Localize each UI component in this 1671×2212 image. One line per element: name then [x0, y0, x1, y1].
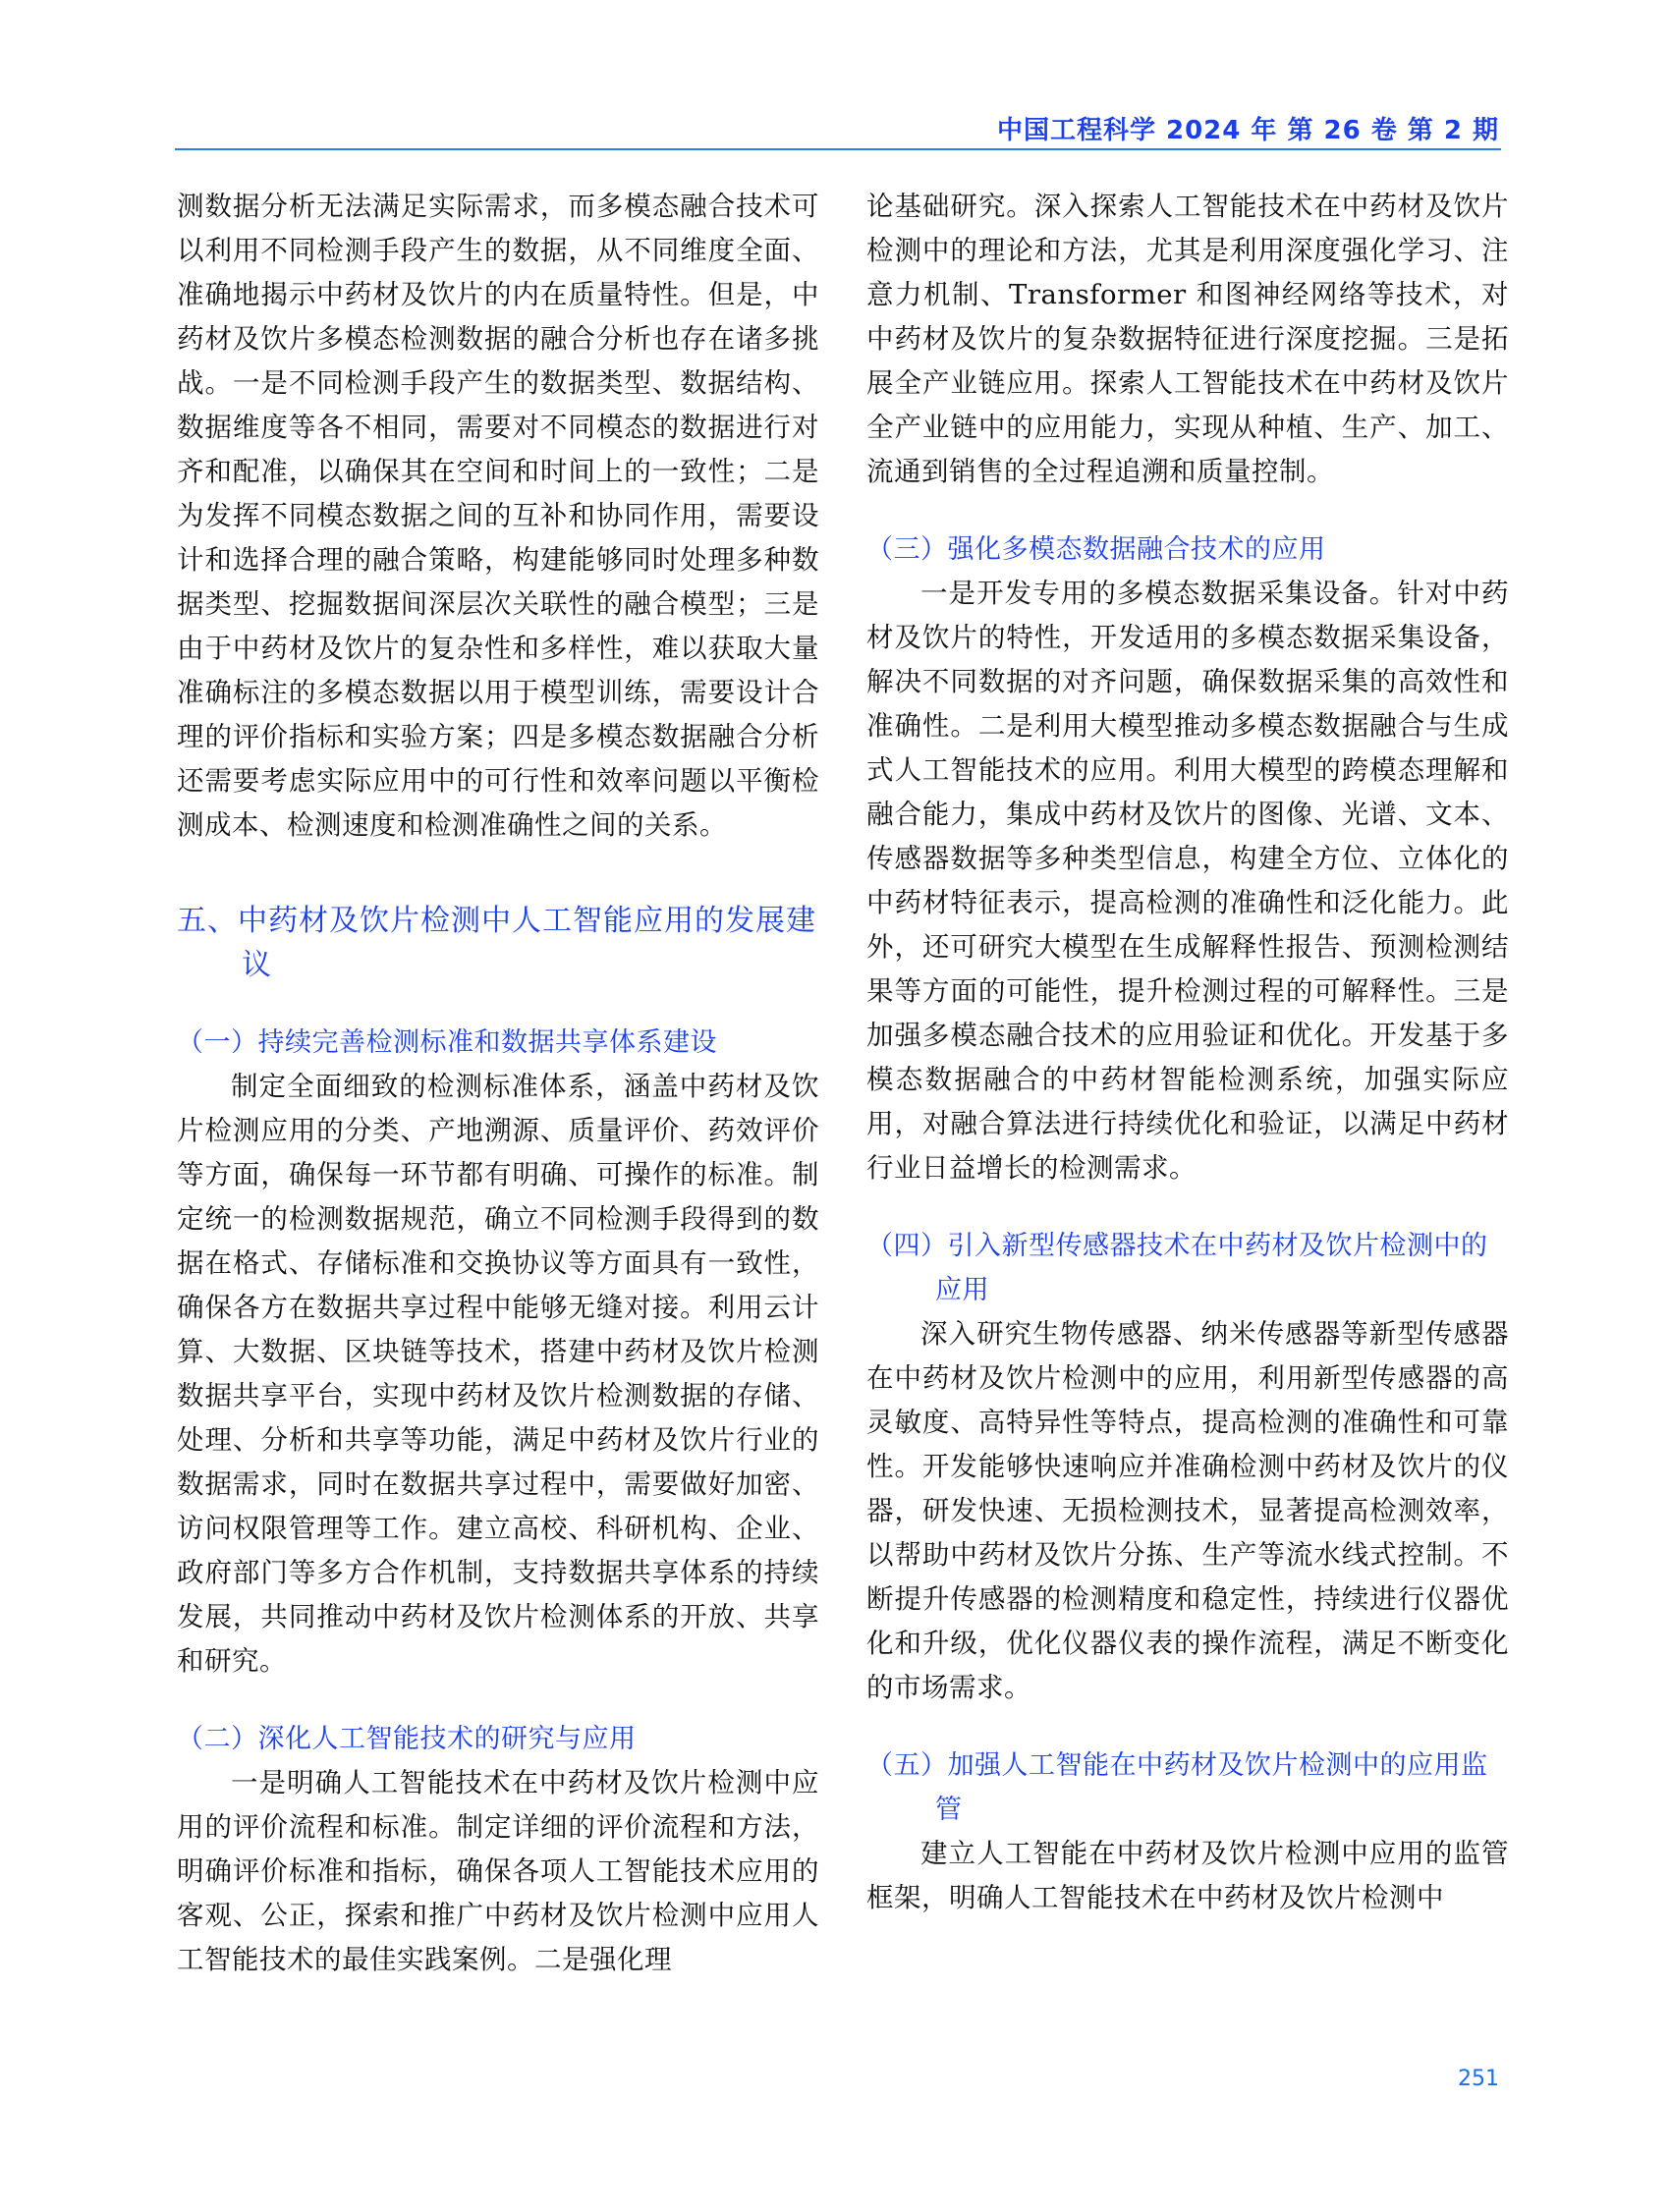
subsection-2-body: 一是明确人工智能技术在中药材及饮片检测中应用的评价流程和标准。制定详细的评价流程…	[177, 1761, 819, 1982]
header-rule	[175, 148, 1501, 150]
running-head: 中国工程科学 2024 年 第 26 卷 第 2 期	[175, 110, 1499, 149]
right-column: 论基础研究。深入探索人工智能技术在中药材及饮片检测中的理论和方法，尤其是利用深度…	[866, 185, 1509, 1920]
subsection-3-body: 一是开发专用的多模态数据采集设备。针对中药材及饮片的特性，开发适用的多模态数据采…	[866, 572, 1509, 1190]
left-column: 测数据分析无法满足实际需求，而多模态融合技术可以利用不同检测手段产生的数据，从不…	[177, 185, 819, 1982]
subsection-4-body: 深入研究生物传感器、纳米传感器等新型传感器在中药材及饮片检测中的应用，利用新型传…	[866, 1312, 1509, 1710]
section-heading: 五、中药材及饮片检测中人工智能应用的发展建议	[177, 899, 819, 987]
subsection-3-heading: （三）强化多模态数据融合技术的应用	[866, 527, 1509, 572]
subsection-2-body-continued: 论基础研究。深入探索人工智能技术在中药材及饮片检测中的理论和方法，尤其是利用深度…	[866, 185, 1509, 494]
continued-paragraph: 测数据分析无法满足实际需求，而多模态融合技术可以利用不同检测手段产生的数据，从不…	[177, 185, 819, 848]
subsection-1-heading: （一）持续完善检测标准和数据共享体系建设	[177, 1021, 819, 1065]
subsection-1-body: 制定全面细致的检测标准体系，涵盖中药材及饮片检测应用的分类、产地溯源、质量评价、…	[177, 1065, 819, 1684]
subsection-4-heading: （四）引入新型传感器技术在中药材及饮片检测中的应用	[866, 1224, 1509, 1312]
subsection-5-heading: （五）加强人工智能在中药材及饮片检测中的应用监管	[866, 1743, 1509, 1832]
subsection-2-heading: （二）深化人工智能技术的研究与应用	[177, 1717, 819, 1761]
page-number: 251	[1458, 2067, 1499, 2091]
subsection-5-body: 建立人工智能在中药材及饮片检测中应用的监管框架，明确人工智能技术在中药材及饮片检…	[866, 1832, 1509, 1920]
